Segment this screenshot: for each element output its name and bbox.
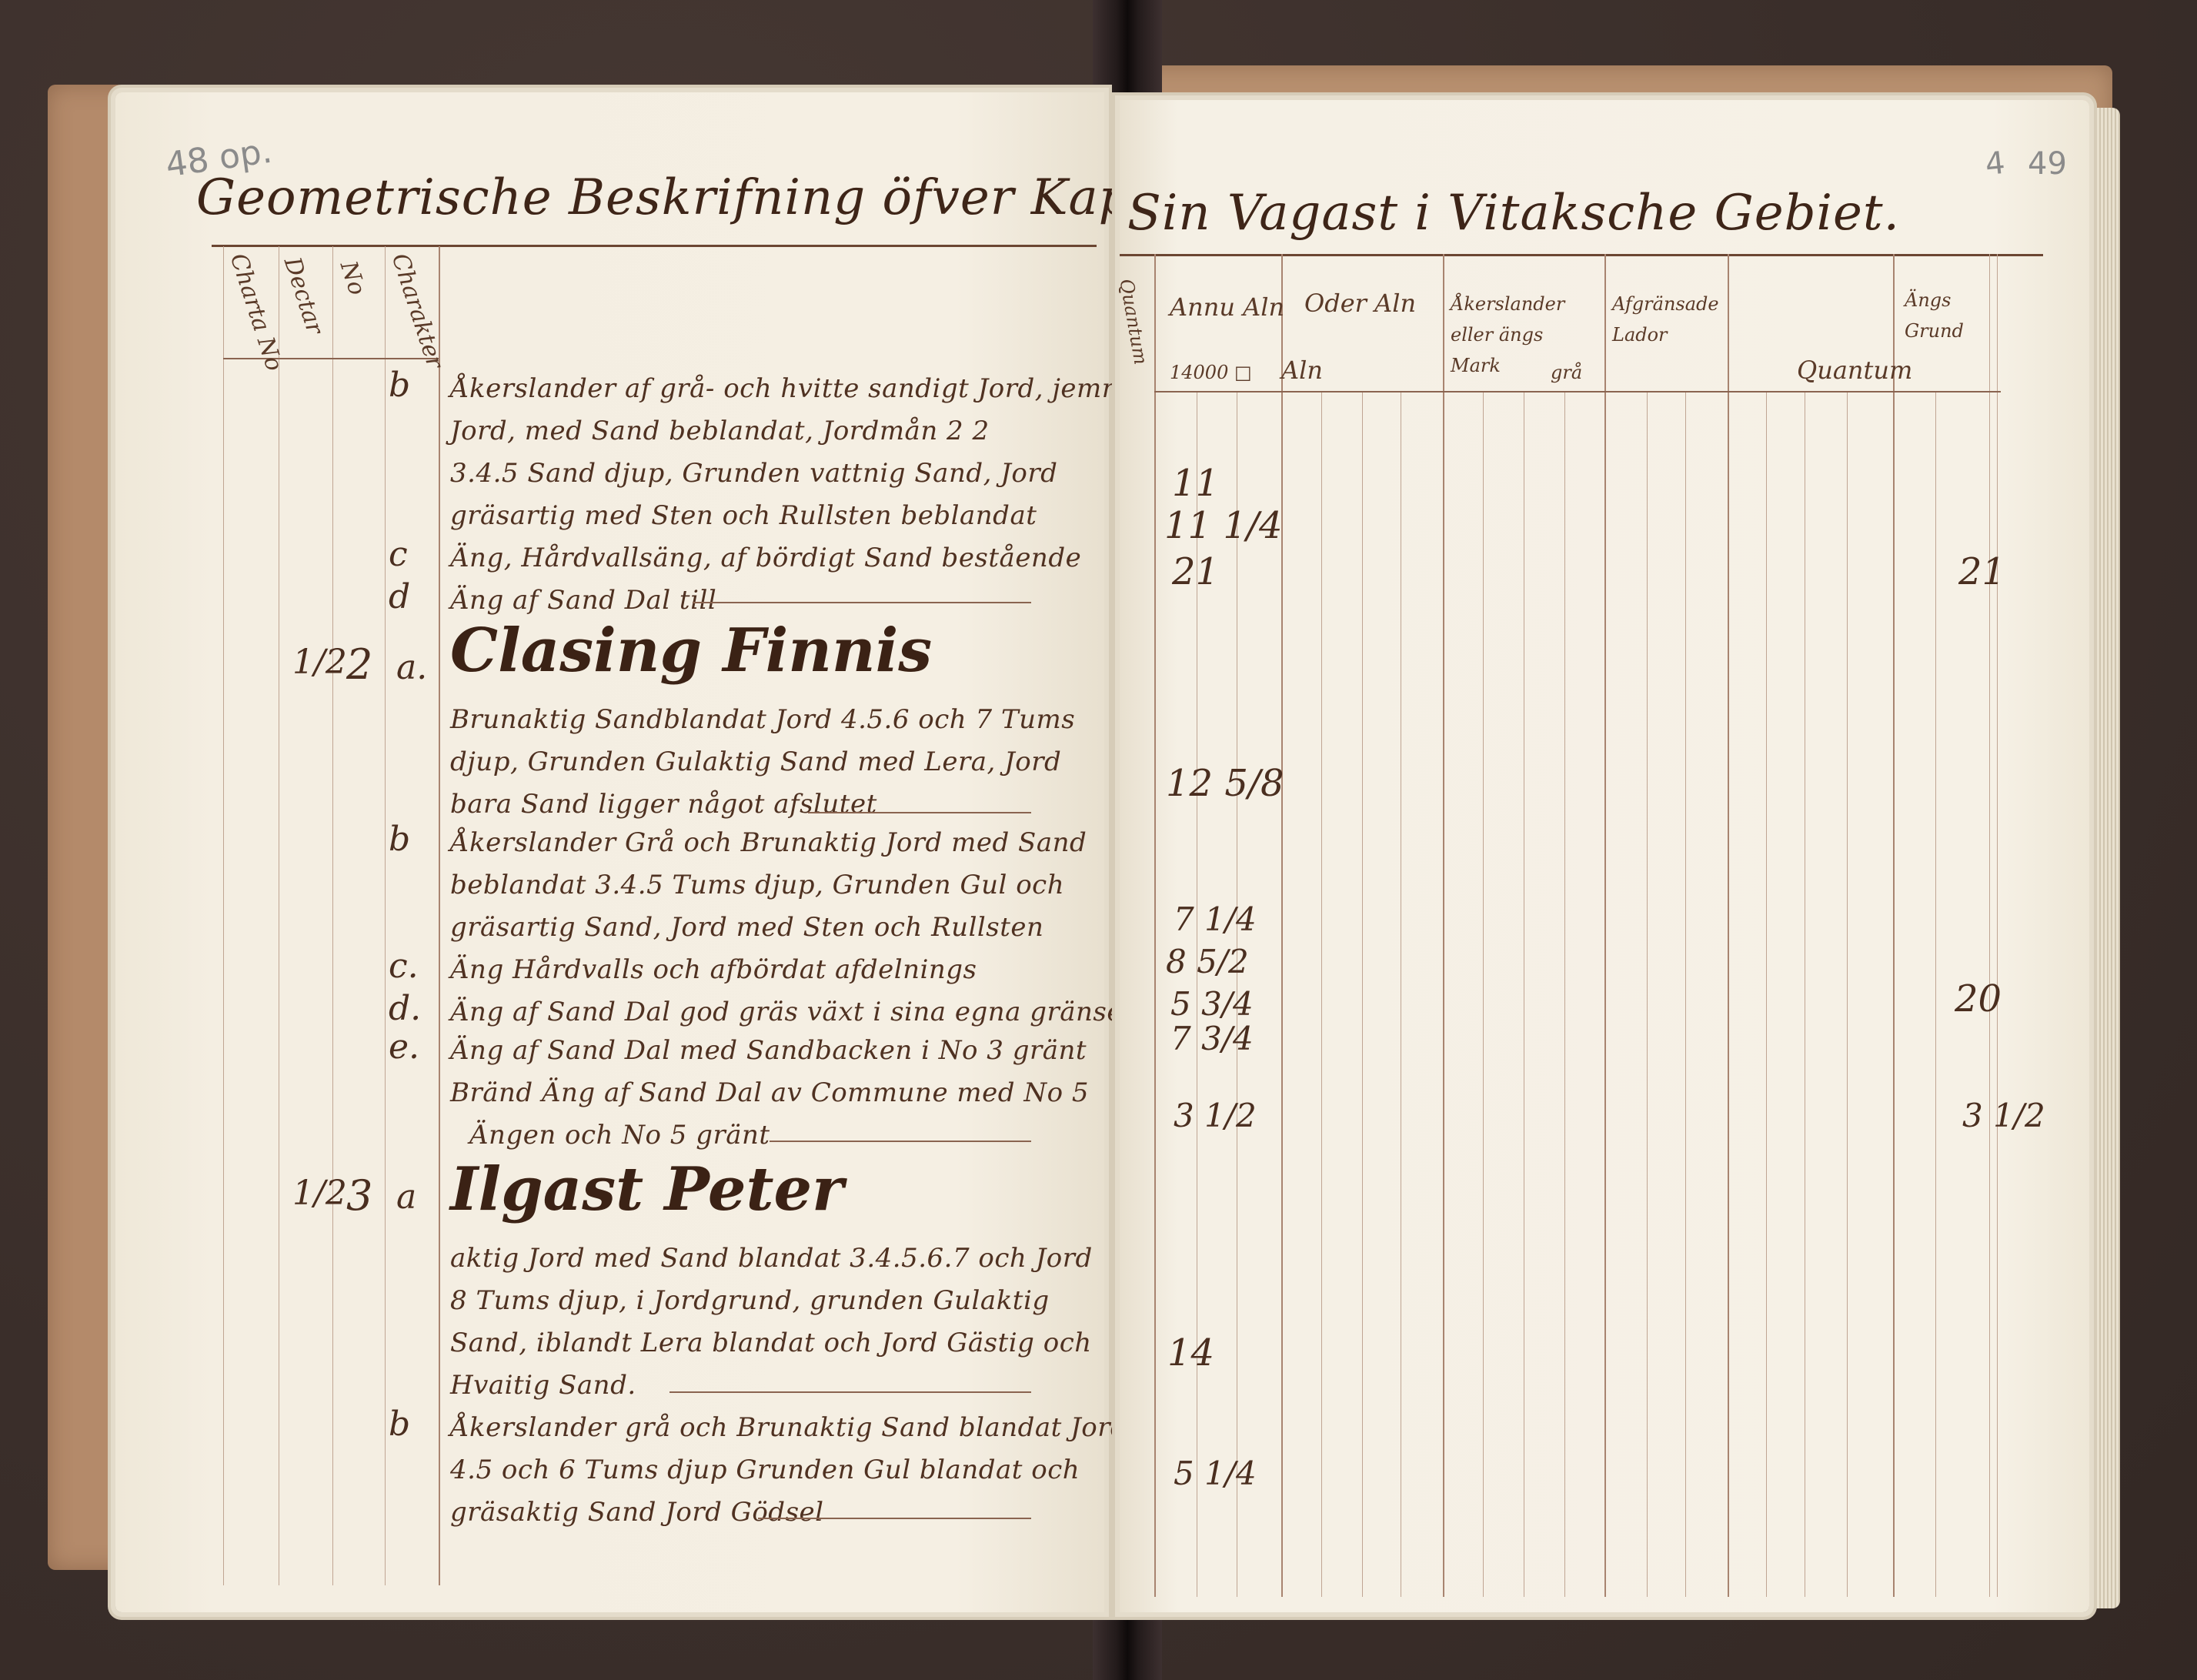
column-rule: [1524, 392, 1524, 1597]
entry-number: 3: [346, 1171, 372, 1220]
column-rule: [1805, 392, 1805, 1597]
column-rule: [385, 246, 386, 1585]
left-page-title: Geometrische Beskrifning öfver Kap.: [196, 169, 1147, 226]
column-rule: [1604, 254, 1606, 1597]
entry-mark: d: [389, 577, 410, 616]
column-rule: [1443, 254, 1444, 1597]
angs-value: 21: [1958, 550, 2005, 593]
col-header-afgransade: Afgränsade Lador: [1612, 289, 1728, 350]
entry-end-rule: [758, 1518, 1031, 1519]
entry-end-rule: [770, 1141, 1031, 1142]
entry-line: Åkerslander Grå och Brunaktig Jord med S…: [450, 827, 1087, 858]
quantum-value: 11: [1172, 462, 1219, 505]
column-rule: [1847, 392, 1848, 1597]
entry-line: Äng Hårdvalls och afbördat afdelnings: [450, 954, 977, 985]
quantum-value: 14: [1167, 1331, 1214, 1374]
entry-line: Äng af Sand Dal god gräs växt i sina egn…: [450, 997, 1136, 1027]
column-rule: [223, 246, 224, 1585]
subheader-gra: grå: [1551, 362, 1582, 383]
entry-mark: e.: [389, 1027, 419, 1067]
entry-line: Ängen och No 5 gränt: [469, 1120, 770, 1151]
entry-line: 4.5 och 6 Tums djup Grunden Gul blandat …: [450, 1455, 1080, 1485]
right-page-title: Sin Vagast i Vitaksche Gebiet.: [1127, 185, 1900, 242]
col-header-no: No: [335, 258, 371, 299]
col-header-quantum: Quantum: [1115, 277, 1151, 366]
col-header-angs-grund: Ängs Grund: [1905, 285, 1989, 346]
entry-number: 2: [346, 640, 372, 689]
entry-line: Äng, Hårdvallsäng, af bördigt Sand bestå…: [450, 543, 1081, 573]
subheader-area: 14000 □: [1170, 362, 1252, 383]
column-rule: [1935, 392, 1936, 1597]
quantum-value: 5 1/4: [1174, 1455, 1257, 1492]
column-rule: [1321, 392, 1322, 1597]
col-header-annu-aln: Annu Aln: [1170, 292, 1284, 322]
column-rule: [1685, 392, 1686, 1597]
column-rule: [332, 246, 333, 1585]
col-header-oder-aln: Oder Aln: [1304, 289, 1416, 318]
entry-line: Hvaitig Sand.: [450, 1370, 636, 1401]
entry-line: gräsaktig Sand Jord Gödsel: [450, 1497, 824, 1528]
entry-charta: 1/2: [292, 1174, 347, 1213]
column-rule: [1154, 254, 1156, 1597]
column-rule: [439, 246, 440, 1585]
header-rule: [1154, 391, 2001, 392]
entry-line: Åkerslander grå och Brunaktig Sand bland…: [450, 1412, 1205, 1443]
quantum-value: 8 5/2: [1166, 943, 1249, 980]
entry-line: aktig Jord med Sand blandat 3.4.5.6.7 oc…: [450, 1243, 1093, 1274]
quantum-value: 21: [1172, 550, 1219, 593]
entry-line: Brunaktig Sandblandat Jord 4.5.6 och 7 T…: [450, 704, 1075, 735]
column-rule: [279, 246, 279, 1585]
quantum-value: 5 3/4: [1170, 985, 1254, 1023]
title-rule: [1120, 254, 2043, 256]
subheader-quantum: Quantum: [1797, 356, 1912, 385]
angs-value: 3 1/2: [1962, 1097, 2045, 1134]
owner-name: Clasing Finnis: [450, 616, 932, 686]
column-rule: [1362, 392, 1363, 1597]
entry-mark: d.: [389, 989, 421, 1028]
entry-charta: 1/2: [292, 643, 347, 682]
column-rule: [1997, 254, 1998, 1597]
left-page: 48 op. Geometrische Beskrifning öfver Ka…: [115, 92, 1104, 1612]
quantum-value: 7 1/4: [1174, 900, 1257, 938]
quantum-value: 12 5/8: [1166, 762, 1284, 805]
entry-line: Bränd Äng af Sand Dal av Commune med No …: [450, 1077, 1089, 1108]
entry-line: gräsartig med Sten och Rullsten beblanda…: [450, 500, 1037, 531]
subheader-aln: Aln: [1281, 356, 1323, 385]
entry-mark: a.: [396, 648, 427, 687]
entry-mark: c.: [389, 947, 419, 986]
entry-line: gräsartig Sand, Jord med Sten och Rullst…: [450, 912, 1043, 943]
quantum-value: 11 1/4: [1164, 504, 1283, 547]
entry-line: 8 Tums djup, i Jordgrund, grunden Gulakt…: [450, 1285, 1050, 1316]
right-page: 4 49 Sin Vagast i Vitaksche Gebiet. Quan…: [1120, 100, 2089, 1612]
quantum-value: 3 1/2: [1174, 1097, 1257, 1134]
column-rule: [1893, 254, 1895, 1597]
column-rule: [1647, 392, 1648, 1597]
entry-line: beblandat 3.4.5 Tums djup, Grunden Gul o…: [450, 870, 1064, 900]
entry-mark: c: [389, 535, 408, 574]
column-rule: [1989, 254, 1990, 1597]
right-folio-pencil: 4: [1984, 145, 2007, 182]
owner-name: Ilgast Peter: [450, 1154, 843, 1224]
entry-line: Jord, med Sand beblandat, Jordmån 2 2: [450, 416, 990, 446]
column-rule: [1401, 392, 1401, 1597]
entry-line: djup, Grunden Gulaktig Sand med Lera, Jo…: [450, 746, 1061, 777]
header-rule: [223, 358, 439, 359]
entry-line: 3.4.5 Sand djup, Grunden vattnig Sand, J…: [450, 458, 1057, 489]
page-edges: [2089, 108, 2120, 1608]
entry-end-rule: [693, 602, 1031, 603]
column-rule: [1766, 392, 1767, 1597]
right-folio-number: 49: [2028, 146, 2067, 182]
column-rule: [1728, 254, 1729, 1597]
column-rule: [1281, 254, 1283, 1597]
entry-mark: a: [396, 1177, 416, 1217]
col-header-dectar: Dectar: [279, 254, 329, 338]
quantum-value: 7 3/4: [1170, 1020, 1254, 1057]
entry-line: Äng af Sand Dal med Sandbacken i No 3 gr…: [450, 1035, 1087, 1066]
entry-mark: b: [389, 366, 410, 405]
entry-line: bara Sand ligger något afslutet: [450, 789, 877, 820]
entry-line: Åkerslander af grå- och hvitte sandigt J…: [450, 373, 1192, 404]
column-rule: [1483, 392, 1484, 1597]
entry-mark: b: [389, 820, 410, 859]
entry-end-rule: [808, 812, 1031, 813]
column-rule: [1564, 392, 1565, 1597]
angs-value: 20: [1955, 977, 2002, 1020]
entry-line: Äng af Sand Dal till: [450, 585, 716, 616]
entry-mark: b: [389, 1404, 410, 1444]
title-rule: [212, 245, 1097, 247]
entry-line: Sand, iblandt Lera blandat och Jord Gäst…: [450, 1328, 1092, 1358]
entry-end-rule: [669, 1391, 1031, 1393]
